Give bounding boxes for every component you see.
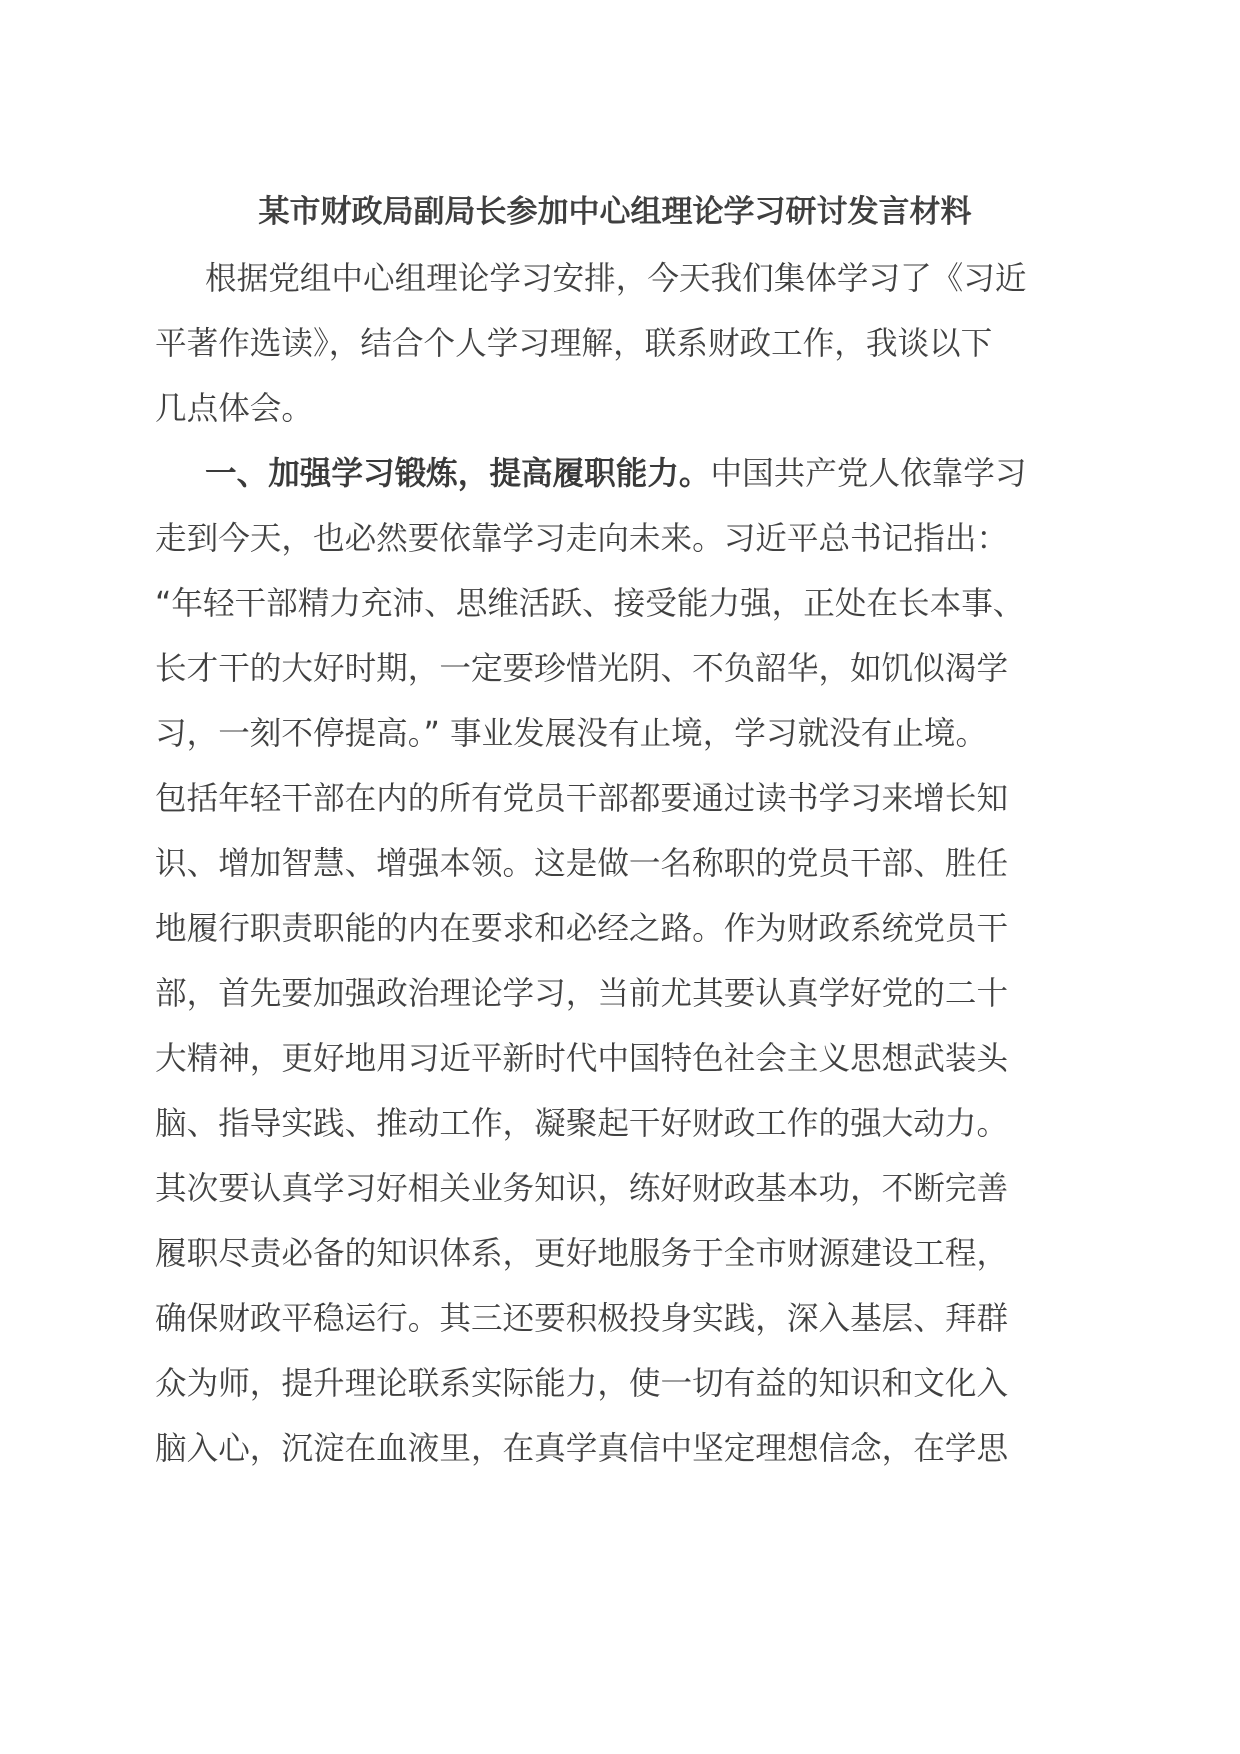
paragraph-line: 几点体会。 <box>155 389 1077 429</box>
line-text: 众为师，提升理论联系实际能力，使一切有益的知识和文化入 <box>155 1366 1008 1402</box>
line-text: 平著作选读》，结合个人学习理解，联系财政工作，我谈以下 <box>155 326 992 362</box>
line-text: 确保财政平稳运行。其三还要积极投身实践，深入基层、拜群 <box>155 1301 1008 1337</box>
paragraph-line: 部，首先要加强政治理论学习，当前尤其要认真学好党的二十 <box>155 974 1077 1014</box>
paragraph-line: 确保财政平稳运行。其三还要积极投身实践，深入基层、拜群 <box>155 1299 1077 1339</box>
line-text: 其次要认真学习好相关业务知识，练好财政基本功，不断完善 <box>155 1171 1008 1207</box>
paragraph-line: 其次要认真学习好相关业务知识，练好财政基本功，不断完善 <box>155 1169 1077 1209</box>
paragraph-line: 包括年轻干部在内的所有党员干部都要通过读书学习来增长知 <box>155 779 1077 819</box>
line-text: 走到今天，也必然要依靠学习走向未来。习近平总书记指出： <box>155 521 1008 557</box>
paragraph-line: 习，一刻不停提高。” 事业发展没有止境，学习就没有止境。 <box>155 714 1077 754</box>
line-text: 习，一刻不停提高。” 事业发展没有止境，学习就没有止境。 <box>155 716 987 752</box>
line-text: 履职尽责必备的知识体系，更好地服务于全市财源建设工程， <box>155 1236 1008 1272</box>
paragraph-line: 脑、指导实践、推动工作，凝聚起干好财政工作的强大动力。 <box>155 1104 1077 1144</box>
line-text: 长才干的大好时期，一定要珍惜光阴、不负韶华，如饥似渴学 <box>155 651 1008 687</box>
paragraph-line: 走到今天，也必然要依靠学习走向未来。习近平总书记指出： <box>155 519 1077 559</box>
line-text: “年轻干部精力充沛、思维活跃、接受能力强，正处在长本事、 <box>155 586 1024 622</box>
line-text: 脑、指导实践、推动工作，凝聚起干好财政工作的强大动力。 <box>155 1106 1008 1142</box>
paragraph-line: 识、增加智慧、增强本领。这是做一名称职的党员干部、胜任 <box>155 844 1077 884</box>
section-heading: 一、加强学习锻炼，提高履职能力。 <box>205 456 711 492</box>
line-text: 脑入心，沉淀在血液里，在真学真信中坚定理想信念，在学思 <box>155 1431 1008 1467</box>
paragraph-line: 地履行职责职能的内在要求和必经之路。作为财政系统党员干 <box>155 909 1077 949</box>
paragraph-line: 大精神，更好地用习近平新时代中国特色社会主义思想武装头 <box>155 1039 1077 1079</box>
document-page: 某市财政局副局长参加中心组理论学习研讨发言材料 根据党组中心组理论学习安排，今天… <box>0 0 1240 1754</box>
paragraph-line: 众为师，提升理论联系实际能力，使一切有益的知识和文化入 <box>155 1364 1077 1404</box>
paragraph-line: 根据党组中心组理论学习安排，今天我们集体学习了《习近 <box>155 259 1077 299</box>
document-title: 某市财政局副局长参加中心组理论学习研讨发言材料 <box>155 192 1075 232</box>
line-text: 中国共产党人依靠学习 <box>711 456 1027 492</box>
line-text: 根据党组中心组理论学习安排，今天我们集体学习了《习近 <box>205 261 1026 297</box>
line-text: 部，首先要加强政治理论学习，当前尤其要认真学好党的二十 <box>155 976 1008 1012</box>
line-text: 几点体会。 <box>155 391 313 427</box>
paragraph-line: 脑入心，沉淀在血液里，在真学真信中坚定理想信念，在学思 <box>155 1429 1077 1469</box>
line-text: 大精神，更好地用习近平新时代中国特色社会主义思想武装头 <box>155 1041 1008 1077</box>
paragraph-line: 履职尽责必备的知识体系，更好地服务于全市财源建设工程， <box>155 1234 1077 1274</box>
line-text: 识、增加智慧、增强本领。这是做一名称职的党员干部、胜任 <box>155 846 1008 882</box>
paragraph-line: “年轻干部精力充沛、思维活跃、接受能力强，正处在长本事、 <box>155 584 1077 624</box>
section-heading-line: 一、加强学习锻炼，提高履职能力。中国共产党人依靠学习 <box>155 454 1077 494</box>
line-text: 包括年轻干部在内的所有党员干部都要通过读书学习来增长知 <box>155 781 1008 817</box>
line-text: 地履行职责职能的内在要求和必经之路。作为财政系统党员干 <box>155 911 1008 947</box>
paragraph-line: 长才干的大好时期，一定要珍惜光阴、不负韶华，如饥似渴学 <box>155 649 1077 689</box>
paragraph-line: 平著作选读》，结合个人学习理解，联系财政工作，我谈以下 <box>155 324 1077 364</box>
